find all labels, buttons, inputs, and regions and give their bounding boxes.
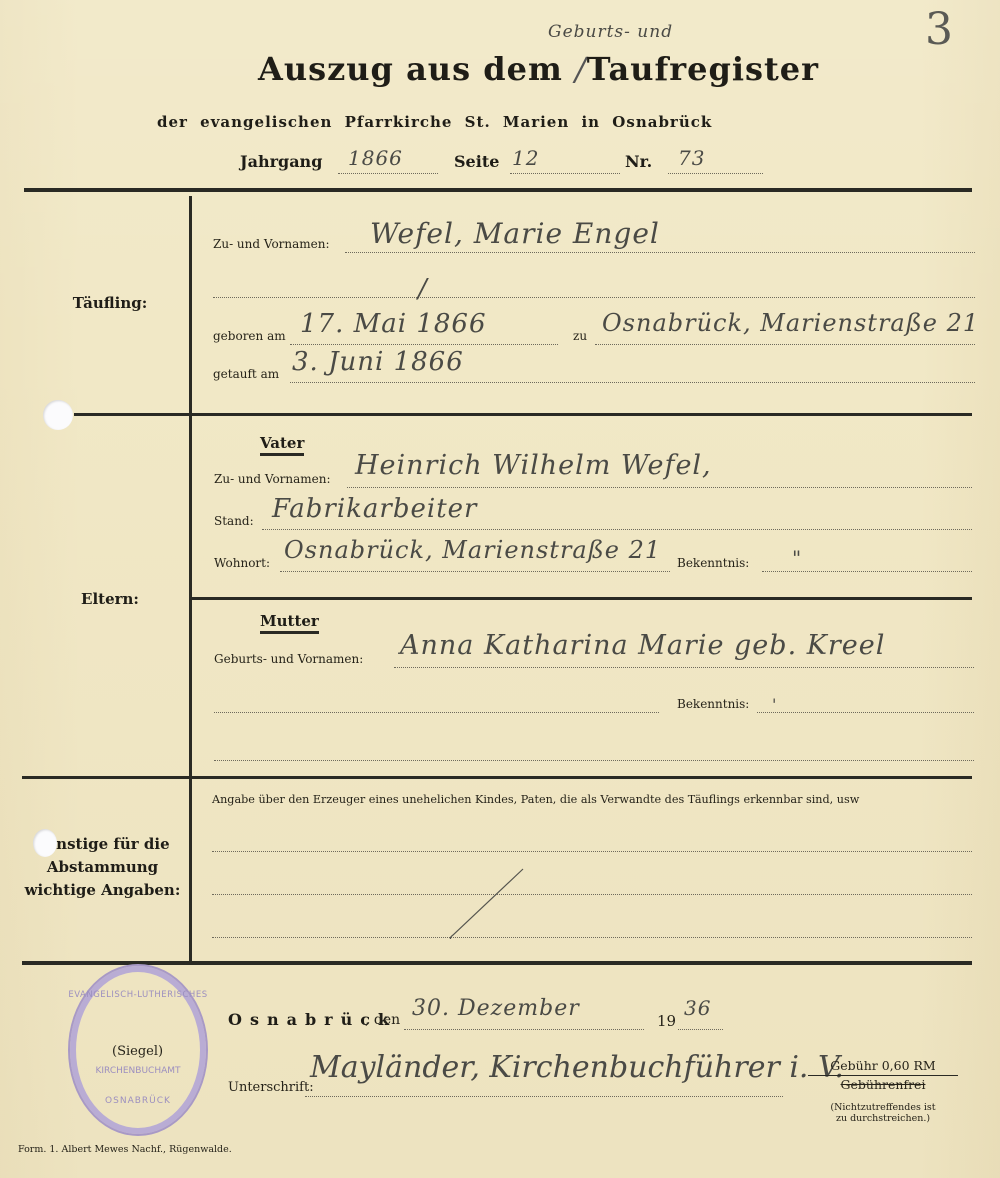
sonstige-label-line2: Abstammung: [10, 856, 195, 879]
taeufling-name-line: [345, 252, 975, 253]
mutter-blank-line: [214, 760, 974, 761]
sonstige-instruction: Angabe über den Erzeuger eines unehelich…: [212, 793, 859, 806]
baptized-value: 3. Juni 1866: [292, 347, 464, 377]
fee-note-line1: (Nichtzutreffendes ist: [808, 1102, 958, 1113]
taeufling-name-label: Zu- und Vornamen:: [213, 237, 330, 251]
stamp-bottom-text: OSNABRÜCK: [70, 1096, 206, 1106]
mutter-block: Mutter Geburts- und Vornamen: Anna Katha…: [192, 600, 992, 776]
birthplace-line: [595, 344, 975, 345]
date-line: [404, 1029, 644, 1030]
sonstige-line-2: [212, 894, 972, 895]
nr-label: Nr.: [625, 152, 652, 171]
vater-bekenntnis-label: Bekenntnis:: [677, 556, 749, 570]
eltern-label: Eltern:: [40, 590, 180, 608]
taeufling-name-value: Wefel, Marie Engel: [370, 217, 660, 250]
printer-imprint: Form. 1. Albert Mewes Nachf., Rügenwalde…: [18, 1144, 232, 1155]
section-eltern: Eltern: Vater Zu- und Vornamen: Heinrich…: [0, 416, 1000, 776]
stamp-middle-text: KIRCHENBUCHAMT: [70, 1066, 206, 1076]
vater-bekenntnis-value: ": [792, 546, 802, 570]
vater-heading: Vater: [260, 434, 304, 456]
year-suffix: 36: [684, 996, 711, 1020]
birthplace-label: zu: [573, 329, 587, 343]
date-value: 30. Dezember: [412, 996, 580, 1021]
register-reference: Jahrgang 1866 Seite 12 Nr. 73: [240, 148, 800, 178]
seite-label: Seite: [454, 152, 499, 171]
vater-wohnort-label: Wohnort:: [214, 556, 270, 570]
vater-stand-value: Fabrikarbeiter: [272, 494, 477, 524]
mutter-bekenntnis-value: ': [772, 695, 777, 714]
mutter-extra-line: [214, 712, 659, 713]
vater-name-line: [347, 487, 972, 488]
footer-block: EVANGELISCH-LUTHERISCHES KIRCHENBUCHAMT …: [0, 966, 1000, 1178]
stamp-top-text: EVANGELISCH-LUTHERISCHES: [62, 990, 214, 1000]
seite-value: 12: [512, 146, 539, 170]
sonstige-line-3: [212, 937, 972, 938]
baptized-label: getauft am: [213, 367, 279, 381]
document-header: Geburts- und Auszug aus dem /Taufregiste…: [0, 0, 1000, 185]
bottom-divider: [22, 961, 972, 965]
vater-block: Vater Zu- und Vornamen: Heinrich Wilhelm…: [192, 416, 992, 596]
strike-through-mark: [445, 867, 525, 939]
section-sonstige: Sonstige für die Abstammung wichtige Ang…: [0, 779, 1000, 961]
mutter-bekenntnis-label: Bekenntnis:: [677, 697, 749, 711]
fee-block: Gebühr 0,60 RM Gebührenfrei (Nichtzutref…: [808, 1058, 958, 1124]
born-line: [290, 344, 558, 345]
vater-wohnort-value: Osnabrück, Marienstraße 21: [284, 536, 661, 564]
vater-name-value: Heinrich Wilhelm Wefel,: [355, 450, 712, 481]
section-taeufling: Täufling: Zu- und Vornamen: Wefel, Marie…: [0, 192, 1000, 414]
baptized-line: [290, 382, 975, 383]
fee-note-line2: zu durchstreichen.): [808, 1113, 958, 1124]
signature-label: Unterschrift:: [228, 1080, 314, 1095]
taeufling-extra-line: [213, 297, 975, 298]
taeufling-label: Täufling:: [40, 294, 180, 312]
signature-value: Mayländer, Kirchenbuchführer i. V.: [310, 1050, 844, 1085]
signature-line: [305, 1096, 783, 1097]
mutter-name-line: [394, 667, 974, 668]
birthplace-value: Osnabrück, Marienstraße 21: [602, 309, 979, 337]
taeufling-extra-mark: /: [418, 274, 428, 304]
fee-label: Gebühr 0,60 RM: [808, 1058, 958, 1076]
fee-free-struck: Gebührenfrei: [808, 1077, 958, 1092]
seite-line: [510, 173, 620, 174]
taeufling-column-divider: [189, 196, 192, 414]
seal-label: (Siegel): [112, 1044, 163, 1059]
nr-value: 73: [678, 146, 705, 170]
year-line: [678, 1029, 723, 1030]
jahrgang-label: Jahrgang: [240, 152, 322, 171]
vater-stand-label: Stand:: [214, 514, 254, 528]
jahrgang-line: [338, 173, 438, 174]
document-subtitle: der evangelischen Pfarrkirche St. Marien…: [157, 113, 712, 131]
vater-stand-line: [262, 529, 972, 530]
sonstige-line-1: [212, 851, 972, 852]
vater-bekenntnis-line: [762, 571, 972, 572]
born-value: 17. Mai 1866: [300, 309, 486, 339]
mutter-heading: Mutter: [260, 612, 319, 634]
nr-line: [668, 173, 763, 174]
mutter-bekenntnis-line: [757, 712, 974, 713]
title-prefix: Auszug aus dem: [258, 50, 563, 88]
mutter-name-label: Geburts- und Vornamen:: [214, 652, 363, 666]
vater-name-label: Zu- und Vornamen:: [214, 472, 331, 486]
document-title: Auszug aus dem /Taufregister: [258, 50, 819, 88]
born-label: geboren am: [213, 329, 286, 343]
title-main: Taufregister: [587, 50, 819, 88]
jahrgang-value: 1866: [348, 146, 403, 170]
title-insert-handwritten: Geburts- und: [548, 22, 673, 42]
sonstige-label-line3: wichtige Angaben:: [10, 879, 195, 902]
den-label: , den: [365, 1012, 400, 1028]
mutter-name-value: Anna Katharina Marie geb. Kreel: [400, 630, 885, 661]
vater-wohnort-line: [280, 571, 670, 572]
punch-hole-2: [33, 829, 57, 857]
year-prefix: 19: [657, 1012, 676, 1030]
